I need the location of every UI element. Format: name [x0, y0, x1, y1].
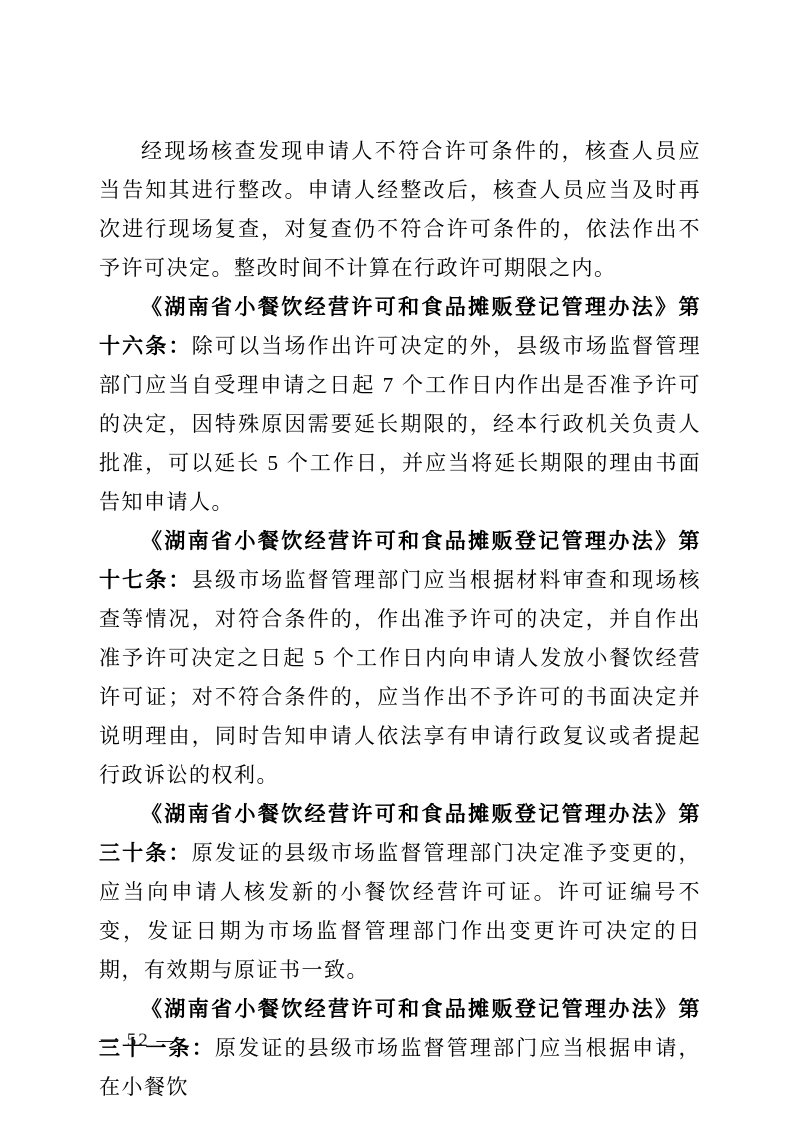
- paragraph-regulation-article-31: 《湖南省小餐饮经营许可和食品摊贩登记管理办法》第三十一条：原发证的县级市场监督管…: [99, 990, 701, 1107]
- paragraph-onsite-inspection-rectification: 经现场核查发现申请人不符合许可条件的，核查人员应当告知其进行整改。申请人经整改后…: [99, 132, 701, 288]
- paragraph-regulation-article-16: 《湖南省小餐饮经营许可和食品摊贩登记管理办法》第十六条：除可以当场作出许可决定的…: [99, 288, 701, 522]
- document-body: 经现场核查发现申请人不符合许可条件的，核查人员应当告知其进行整改。申请人经整改后…: [99, 132, 701, 1107]
- page-number: — 52 —: [99, 1030, 178, 1052]
- paragraph-text: 除可以当场作出许可决定的外，县级市场监督管理部门应当自受理申请之日起 7 个工作…: [99, 334, 701, 514]
- document-page: 经现场核查发现申请人不符合许可条件的，核查人员应当告知其进行整改。申请人经整改后…: [0, 0, 793, 1122]
- paragraph-regulation-article-30: 《湖南省小餐饮经营许可和食品摊贩登记管理办法》第三十条：原发证的县级市场监督管理…: [99, 795, 701, 990]
- paragraph-regulation-article-17: 《湖南省小餐饮经营许可和食品摊贩登记管理办法》第十七条：县级市场监督管理部门应当…: [99, 522, 701, 795]
- paragraph-text: 经现场核查发现申请人不符合许可条件的，核查人员应当告知其进行整改。申请人经整改后…: [99, 139, 701, 280]
- paragraph-text: 县级市场监督管理部门应当根据材料审查和现场核查等情况，对符合条件的，作出准予许可…: [99, 568, 701, 787]
